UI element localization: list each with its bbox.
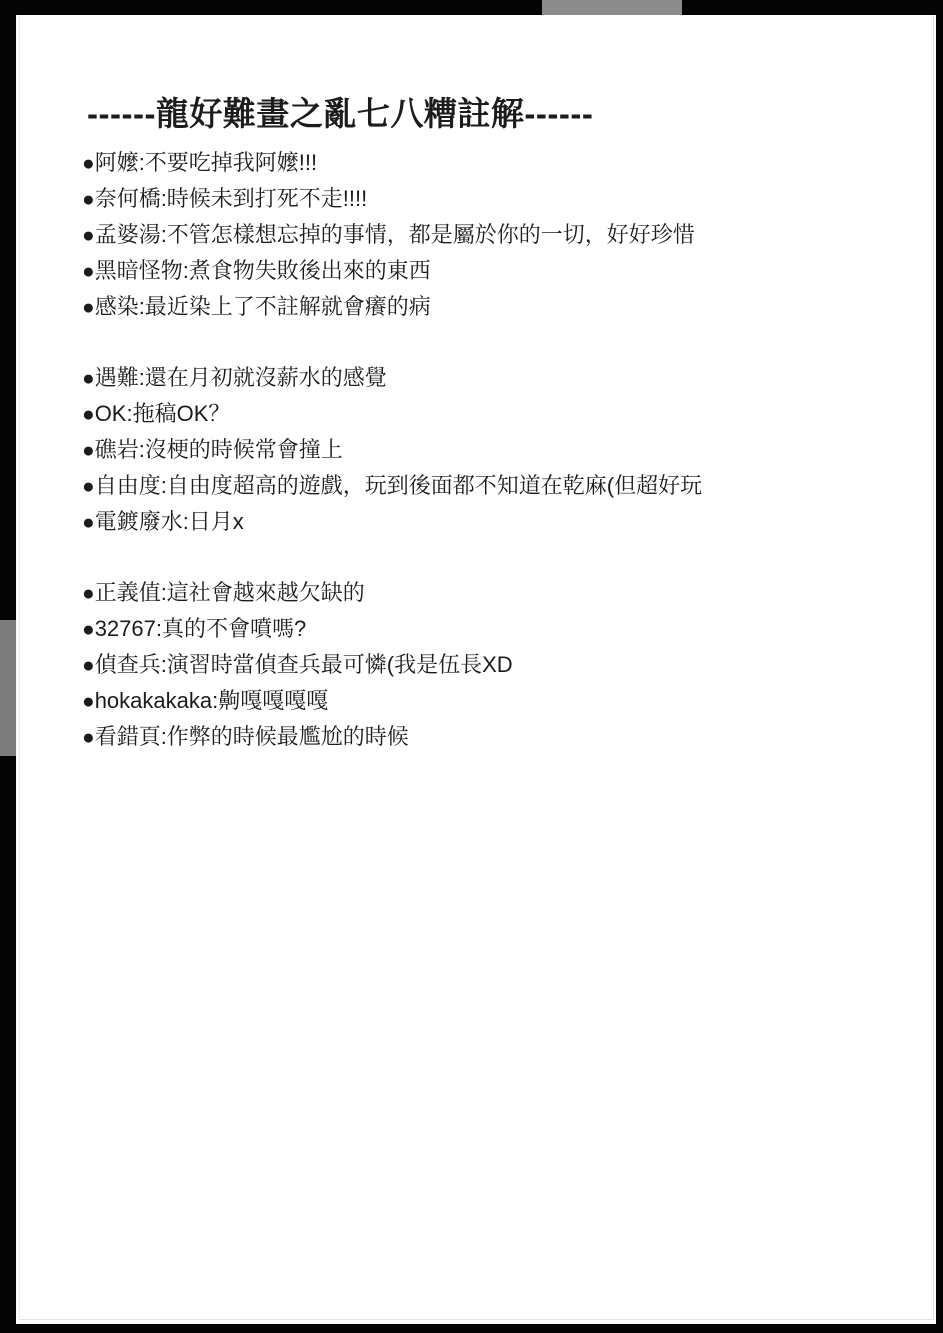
list-item-text: 阿嬤:不要吃掉我阿嬤!!! — [95, 150, 317, 175]
list-item: ●遇難:還在月初就沒薪水的感覺 — [82, 360, 892, 396]
bullet-icon: ● — [82, 397, 95, 432]
list-item-text: hokakakaka:齁嘎嘎嘎嘎 — [95, 688, 329, 713]
list-item-text: 感染:最近染上了不註解就會癢的病 — [95, 294, 431, 319]
list-item: ●黑暗怪物:煮食物失敗後出來的東西 — [82, 253, 892, 289]
bullet-icon: ● — [82, 648, 95, 683]
bullet-icon: ● — [82, 720, 95, 755]
bullet-icon: ● — [82, 254, 95, 289]
list-item-text: OK:拖稿OK？ — [95, 401, 231, 426]
bullet-icon: ● — [82, 505, 95, 540]
bullet-icon: ● — [82, 290, 95, 325]
list-item-text: 奈何橋:時候未到打死不走!!!! — [95, 186, 368, 211]
scan-artifact-top-gray-bar — [542, 0, 682, 15]
list-item: ●32767:真的不會噴嗎? — [82, 611, 892, 647]
list-item-text: 黑暗怪物:煮食物失敗後出來的東西 — [95, 258, 431, 283]
annotation-group: ●遇難:還在月初就沒薪水的感覺 ●OK:拖稿OK？ ●礁岩:沒梗的時候常會撞上 … — [82, 360, 892, 540]
list-item: ●OK:拖稿OK？ — [82, 396, 892, 432]
list-item-text: 孟婆湯:不管怎樣想忘掉的事情，都是屬於你的一切，好好珍惜 — [95, 222, 695, 247]
list-item: ●正義值:這社會越來越欠缺的 — [82, 575, 892, 611]
list-item-text: 自由度:自由度超高的遊戲，玩到後面都不知道在乾麻(但超好玩 — [95, 473, 702, 498]
annotation-group: ●阿嬤:不要吃掉我阿嬤!!! ●奈何橋:時候未到打死不走!!!! ●孟婆湯:不管… — [82, 145, 892, 325]
list-item: ●hokakakaka:齁嘎嘎嘎嘎 — [82, 683, 892, 719]
list-item: ●阿嬤:不要吃掉我阿嬤!!! — [82, 145, 892, 181]
annotation-list: ●阿嬤:不要吃掉我阿嬤!!! ●奈何橋:時候未到打死不走!!!! ●孟婆湯:不管… — [82, 145, 892, 790]
page-title: ------龍好難畫之亂七八糟註解------ — [87, 97, 593, 130]
list-item: ●偵查兵:演習時當偵查兵最可憐(我是伍長XD — [82, 647, 892, 683]
list-item-text: 看錯頁:作弊的時候最尷尬的時候 — [95, 724, 409, 749]
list-item: ●孟婆湯:不管怎樣想忘掉的事情，都是屬於你的一切，好好珍惜 — [82, 217, 892, 253]
bullet-icon: ● — [82, 469, 95, 504]
list-item: ●礁岩:沒梗的時候常會撞上 — [82, 432, 892, 468]
bullet-icon: ● — [82, 146, 95, 181]
list-item-text: 礁岩:沒梗的時候常會撞上 — [95, 437, 343, 462]
paper-sheet: ------龍好難畫之亂七八糟註解------ ●阿嬤:不要吃掉我阿嬤!!! ●… — [16, 15, 936, 1324]
annotation-group: ●正義值:這社會越來越欠缺的 ●32767:真的不會噴嗎? ●偵查兵:演習時當偵… — [82, 575, 892, 755]
bullet-icon: ● — [82, 433, 95, 468]
list-item-text: 偵查兵:演習時當偵查兵最可憐(我是伍長XD — [95, 652, 513, 677]
list-item: ●電鍍廢水:日月x — [82, 504, 892, 540]
bullet-icon: ● — [82, 218, 95, 253]
bullet-icon: ● — [82, 576, 95, 611]
list-item: ●自由度:自由度超高的遊戲，玩到後面都不知道在乾麻(但超好玩 — [82, 468, 892, 504]
bullet-icon: ● — [82, 612, 95, 647]
scanned-page-canvas: ------龍好難畫之亂七八糟註解------ ●阿嬤:不要吃掉我阿嬤!!! ●… — [0, 0, 943, 1333]
list-item: ●看錯頁:作弊的時候最尷尬的時候 — [82, 719, 892, 755]
list-item-text: 32767:真的不會噴嗎? — [95, 616, 307, 641]
list-item-text: 電鍍廢水:日月x — [95, 509, 244, 534]
list-item: ●感染:最近染上了不註解就會癢的病 — [82, 289, 892, 325]
bullet-icon: ● — [82, 684, 95, 719]
list-item-text: 正義值:這社會越來越欠缺的 — [95, 580, 365, 605]
list-item-text: 遇難:還在月初就沒薪水的感覺 — [95, 365, 387, 390]
bullet-icon: ● — [82, 182, 95, 217]
list-item: ●奈何橋:時候未到打死不走!!!! — [82, 181, 892, 217]
bullet-icon: ● — [82, 361, 95, 396]
scan-artifact-left-gray-bar — [0, 620, 16, 756]
